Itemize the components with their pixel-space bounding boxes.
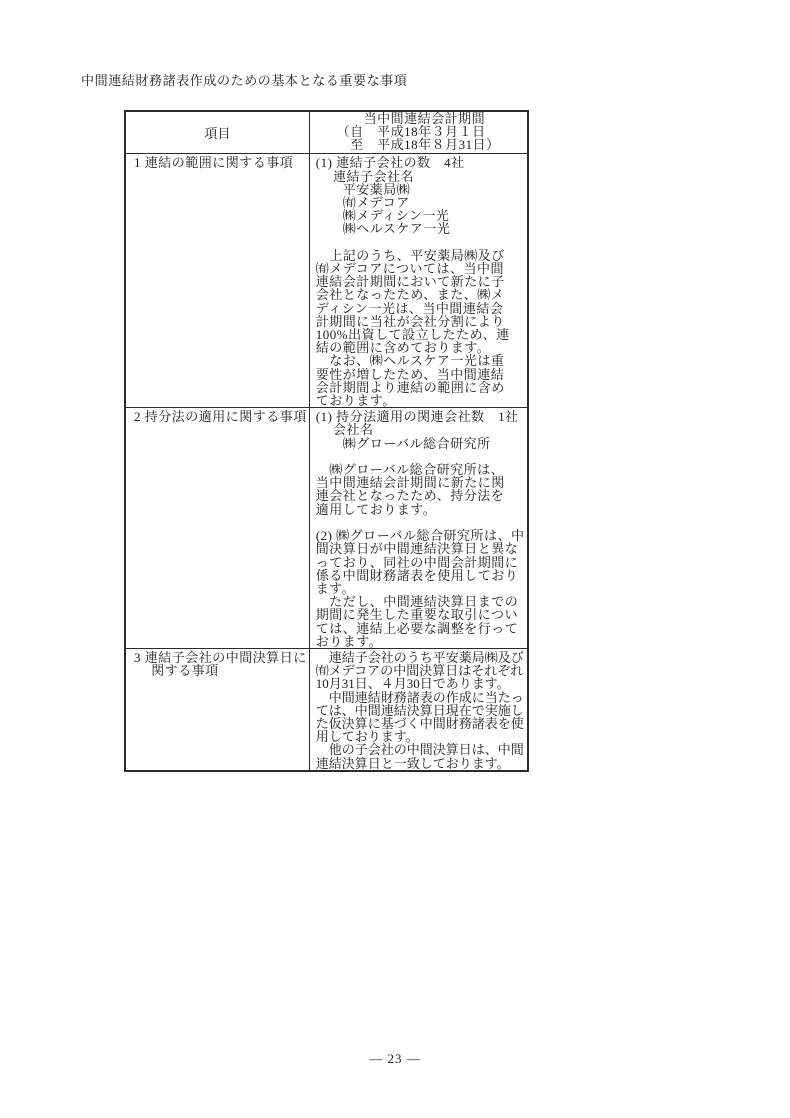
page-number: ― 23 ―	[0, 1051, 790, 1067]
row-item-cell: 3 連結子会社の中間決算日に 関する事項	[125, 648, 309, 770]
row-item-label: 2 持分法の適用に関する事項	[126, 408, 309, 423]
period-column-header: 当中間連結会計期間 （自 平成18年３月１日 至 平成18年８月31日）	[309, 111, 527, 154]
table-header-row: 項目 当中間連結会計期間 （自 平成18年３月１日 至 平成18年８月31日）	[125, 111, 528, 154]
table-row-equity-method: 2 持分法の適用に関する事項 (1) 持分法適用の関連会社数 1社 会社名 ㈱グ…	[125, 408, 528, 649]
table-row-consolidation-scope: 1 連結の範囲に関する事項 (1) 連結子会社の数 4社 連結子会社名 平安薬局…	[125, 154, 528, 408]
period-column-header-text: 当中間連結会計期間 （自 平成18年３月１日 至 平成18年８月31日）	[337, 112, 500, 152]
row-content-cell: 連結子会社のうち平安薬局㈱及び ㈲メデコアの中間決算日はそれぞれ 10月31日、…	[309, 648, 527, 770]
row-item-label: 1 連結の範囲に関する事項	[126, 154, 309, 169]
accounting-policies-table: 項目 当中間連結会計期間 （自 平成18年３月１日 至 平成18年８月31日） …	[124, 110, 529, 772]
row-content-text: (1) 持分法適用の関連会社数 1社 会社名 ㈱グローバル総合研究所 ㈱グローバ…	[310, 408, 527, 648]
row-content-cell: (1) 持分法適用の関連会社数 1社 会社名 ㈱グローバル総合研究所 ㈱グローバ…	[309, 408, 527, 649]
item-column-header-label: 項目	[204, 126, 230, 141]
table-row-subsidiary-closing-date: 3 連結子会社の中間決算日に 関する事項 連結子会社のうち平安薬局㈱及び ㈲メデ…	[125, 648, 528, 770]
row-content-text: 連結子会社のうち平安薬局㈱及び ㈲メデコアの中間決算日はそれぞれ 10月31日、…	[310, 649, 527, 770]
row-content-cell: (1) 連結子会社の数 4社 連結子会社名 平安薬局㈱ ㈲メデコア ㈱メディシン…	[309, 154, 527, 408]
item-column-header: 項目	[125, 111, 309, 154]
document-title: 中間連結財務諸表作成のための基本となる重要な事項	[81, 70, 407, 89]
row-item-cell: 2 持分法の適用に関する事項	[125, 408, 309, 649]
row-item-label: 3 連結子会社の中間決算日に 関する事項	[126, 649, 309, 677]
row-item-cell: 1 連結の範囲に関する事項	[125, 154, 309, 408]
row-content-text: (1) 連結子会社の数 4社 連結子会社名 平安薬局㈱ ㈲メデコア ㈱メディシン…	[310, 154, 527, 407]
